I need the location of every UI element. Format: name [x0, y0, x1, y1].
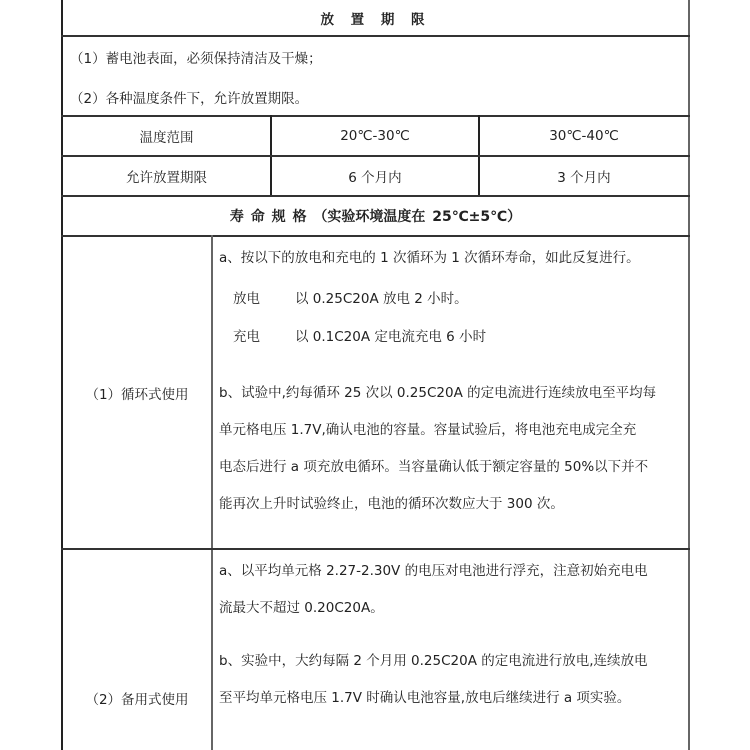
period-value-1: 6 个月内 — [272, 157, 478, 195]
period-label: 允许放置期限 — [63, 157, 270, 195]
cycle-item-b-line: 能再次上升时试验终止，电池的循环次数应大于 300 次。 — [219, 486, 656, 523]
temp-header-range-1: 20℃-30℃ — [272, 117, 478, 155]
discharge-label: 放电 — [233, 287, 260, 307]
standby-item-a: a、以平均单元格 2.27-2.30V 的电压对电池进行浮充，注意初始充电电 流… — [219, 553, 648, 627]
storage-note-2: （2）各种温度条件下，允许放置期限。 — [70, 87, 308, 107]
storage-title: 放 置 期 限 — [63, 0, 688, 35]
charge-label: 充电 — [233, 325, 260, 345]
temp-header-range-2: 30℃-40℃ — [480, 117, 688, 155]
section-label-cycle: （1）循环式使用 — [63, 237, 211, 549]
section-label-standby: （2）备用式使用 — [63, 680, 211, 716]
discharge-text: 以 0.25C20A 放电 2 小时。 — [295, 287, 468, 307]
col-divider — [211, 235, 213, 750]
divider — [61, 548, 690, 550]
standby-item-b: b、实验中，大约每隔 2 个月用 0.25C20A 的定电流进行放电,连续放电 … — [219, 643, 648, 717]
period-value-2: 3 个月内 — [480, 157, 688, 195]
cycle-item-b-line: 电态后进行 a 项充放电循环。当容量确认低于额定容量的 50%以下并不 — [219, 449, 656, 486]
cycle-item-b: b、试验中,约每循环 25 次以 0.25C20A 的定电流进行连续放电至平均每… — [219, 375, 656, 523]
standby-item-b-line: 至平均单元格电压 1.7V 时确认电池容量,放电后继续进行 a 项实验。 — [219, 680, 648, 717]
standby-item-a-line: a、以平均单元格 2.27-2.30V 的电压对电池进行浮充，注意初始充电电 — [219, 553, 648, 590]
life-title: 寿 命 规 格 （实验环境温度在 25℃±5℃） — [63, 197, 688, 235]
table-border-right — [688, 0, 690, 750]
cycle-item-b-line: b、试验中,约每循环 25 次以 0.25C20A 的定电流进行连续放电至平均每 — [219, 375, 656, 412]
storage-note-1: （1）蓄电池表面，必须保持清洁及干燥； — [70, 47, 322, 67]
temp-header-label: 温度范围 — [63, 117, 270, 155]
standby-item-b-line: b、实验中，大约每隔 2 个月用 0.25C20A 的定电流进行放电,连续放电 — [219, 643, 648, 680]
cycle-item-a: a、按以下的放电和充电的 1 次循环为 1 次循环寿命，如此反复进行。 — [219, 246, 640, 266]
divider — [61, 35, 690, 37]
cycle-item-b-line: 单元格电压 1.7V,确认电池的容量。容量试验后，将电池充电成完全充 — [219, 412, 656, 449]
charge-text: 以 0.1C20A 定电流充电 6 小时 — [295, 325, 486, 345]
standby-item-a-line: 流最大不超过 0.20C20A。 — [219, 590, 648, 627]
